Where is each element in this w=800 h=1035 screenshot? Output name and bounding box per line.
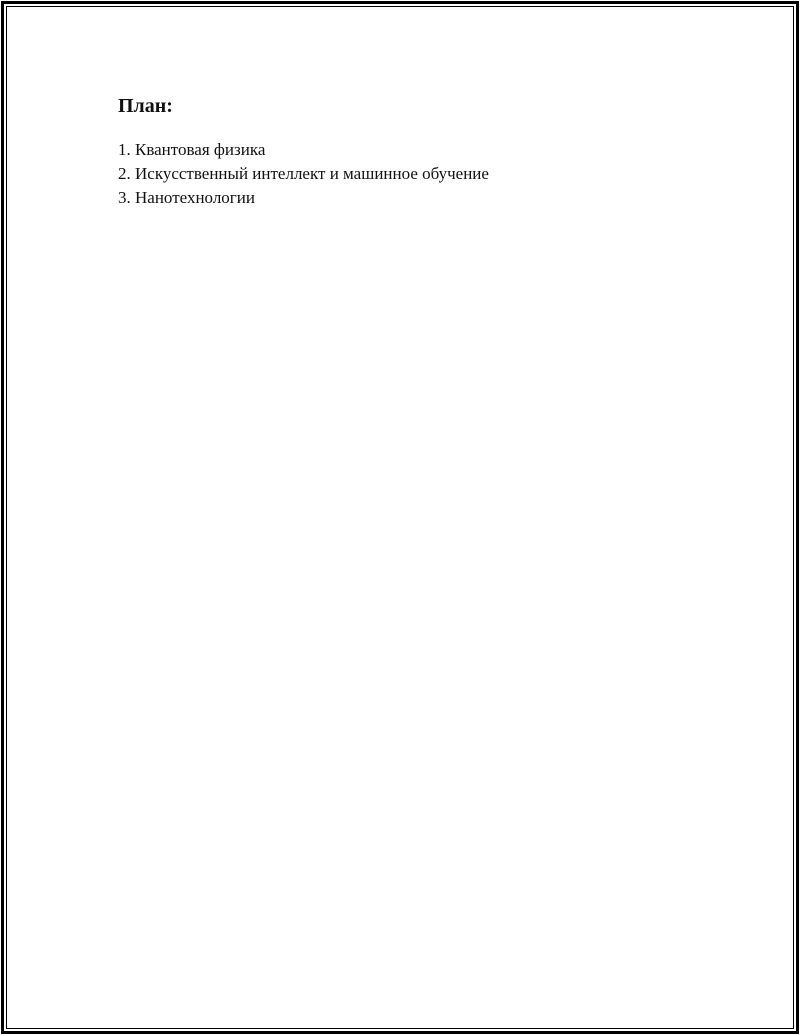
plan-item: 3. Нанотехнологии bbox=[118, 186, 489, 210]
plan-item: 2. Искусственный интеллект и машинное об… bbox=[118, 162, 489, 186]
document-body: План: 1. Квантовая физика 2. Искусственн… bbox=[118, 92, 489, 210]
plan-item: 1. Квантовая физика bbox=[118, 138, 489, 162]
plan-heading: План: bbox=[118, 92, 489, 120]
plan-list: 1. Квантовая физика 2. Искусственный инт… bbox=[118, 138, 489, 210]
